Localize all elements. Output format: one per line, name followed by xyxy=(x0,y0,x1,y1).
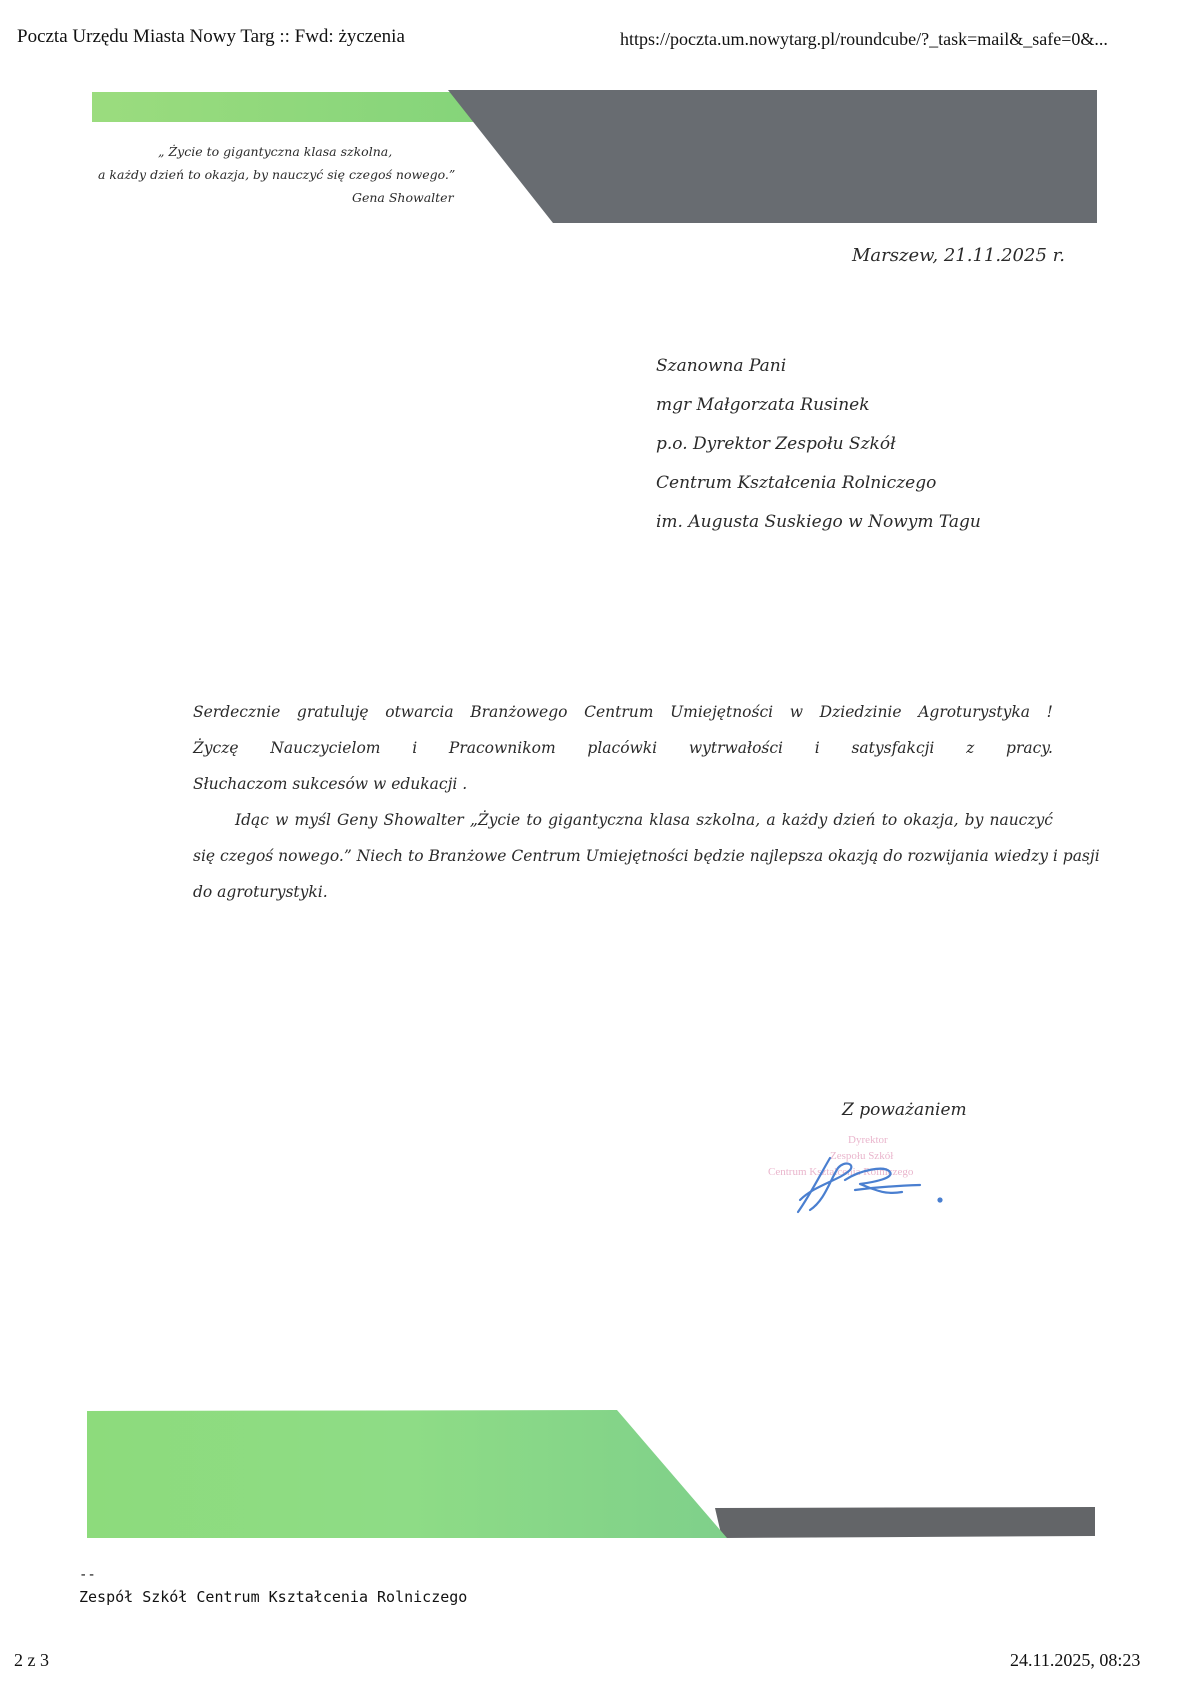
body-word: „Życie xyxy=(470,811,520,829)
letterhead-quote-line2: a każdy dzień to okazja, by nauczyć się … xyxy=(98,167,455,182)
body-word: Życzę xyxy=(193,739,239,757)
body-word: by xyxy=(965,811,984,829)
body-word: to xyxy=(526,811,542,829)
body-word: ! xyxy=(1047,703,1053,721)
body-word: Nauczycielom xyxy=(270,739,380,757)
body-word: Serdecznie xyxy=(193,703,280,721)
body-word: w xyxy=(790,703,803,721)
handwritten-signature xyxy=(790,1140,950,1220)
letterhead-quote-author: Gena Showalter xyxy=(352,190,454,205)
recipient-line: p.o. Dyrektor Zespołu Szkół xyxy=(656,434,896,454)
recipient-line: im. Augusta Suskiego w Nowym Tagu xyxy=(656,512,981,532)
body-line: ŻyczęNauczycielomiPracownikomplacówkiwyt… xyxy=(193,739,1053,757)
body-word: Słuchaczom sukcesów w edukacji . xyxy=(193,775,467,793)
body-word: Branżowego xyxy=(470,703,567,721)
recipient-line: Szanowna Pani xyxy=(656,356,786,376)
body-word: satysfakcji xyxy=(851,739,934,757)
body-word: Pracownikom xyxy=(449,739,556,757)
body-word: to xyxy=(882,811,898,829)
body-word: nauczyć xyxy=(989,811,1053,829)
footer-banner xyxy=(0,1400,1190,1560)
gray-block xyxy=(448,90,1097,223)
green-stripe xyxy=(92,92,492,122)
body-word: otwarcia xyxy=(385,703,453,721)
print-timestamp: 24.11.2025, 08:23 xyxy=(1010,1650,1140,1671)
recipient-line: Centrum Kształcenia Rolniczego xyxy=(656,473,936,493)
body-word: klasa xyxy=(649,811,690,829)
body-word: i xyxy=(412,739,417,757)
letter-date: Marszew, 21.11.2025 r. xyxy=(852,245,1065,266)
body-line: SerdeczniegratulujęotwarciaBranżowegoCen… xyxy=(193,703,1053,721)
body-word: Geny xyxy=(337,811,377,829)
body-word: i xyxy=(815,739,820,757)
recipient-line: mgr Małgorzata Rusinek xyxy=(656,395,870,415)
green-block xyxy=(87,1410,727,1538)
body-word: z xyxy=(966,739,974,757)
email-signature-text: Zespół Szkół Centrum Kształcenia Rolnicz… xyxy=(79,1588,467,1606)
body-word: Dziedzinie xyxy=(820,703,902,721)
body-word: do agroturystyki. xyxy=(193,883,328,901)
body-word: a xyxy=(766,811,775,829)
body-word: szkolna, xyxy=(696,811,760,829)
body-word: myśl xyxy=(295,811,331,829)
body-line: Słuchaczom sukcesów w edukacji . xyxy=(193,775,1053,793)
body-word: Centrum xyxy=(584,703,653,721)
body-word: gigantyczna xyxy=(548,811,643,829)
body-word: w xyxy=(275,811,288,829)
body-word: każdy xyxy=(782,811,827,829)
gray-stripe xyxy=(715,1507,1095,1538)
body-word: Idąc xyxy=(235,811,269,829)
page-number: 2 z 3 xyxy=(14,1650,49,1671)
closing: Z poważaniem xyxy=(842,1100,967,1120)
body-line: IdącwmyślGenyShowalter„Życietogigantyczn… xyxy=(235,811,1053,829)
body-word: gratuluję xyxy=(297,703,369,721)
body-word: okazja, xyxy=(903,811,958,829)
body-line: do agroturystyki. xyxy=(193,883,1053,901)
body-word: dzień xyxy=(833,811,875,829)
body-line: się czegoś nowego.” Niech to Branżowe Ce… xyxy=(193,847,1053,865)
body-word: się czegoś nowego.” Niech to Branżowe Ce… xyxy=(193,847,1100,865)
body-word: Umiejętności xyxy=(670,703,773,721)
body-word: placówki xyxy=(587,739,657,757)
body-word: Showalter xyxy=(383,811,463,829)
body-word: Agroturystyka xyxy=(918,703,1030,721)
letterhead-banner xyxy=(0,0,1190,240)
letterhead-quote-line1: „ Życie to gigantyczna klasa szkolna, xyxy=(158,144,392,159)
body-word: pracy. xyxy=(1006,739,1053,757)
email-signature-separator: -- xyxy=(79,1567,96,1583)
body-word: wytrwałości xyxy=(689,739,783,757)
